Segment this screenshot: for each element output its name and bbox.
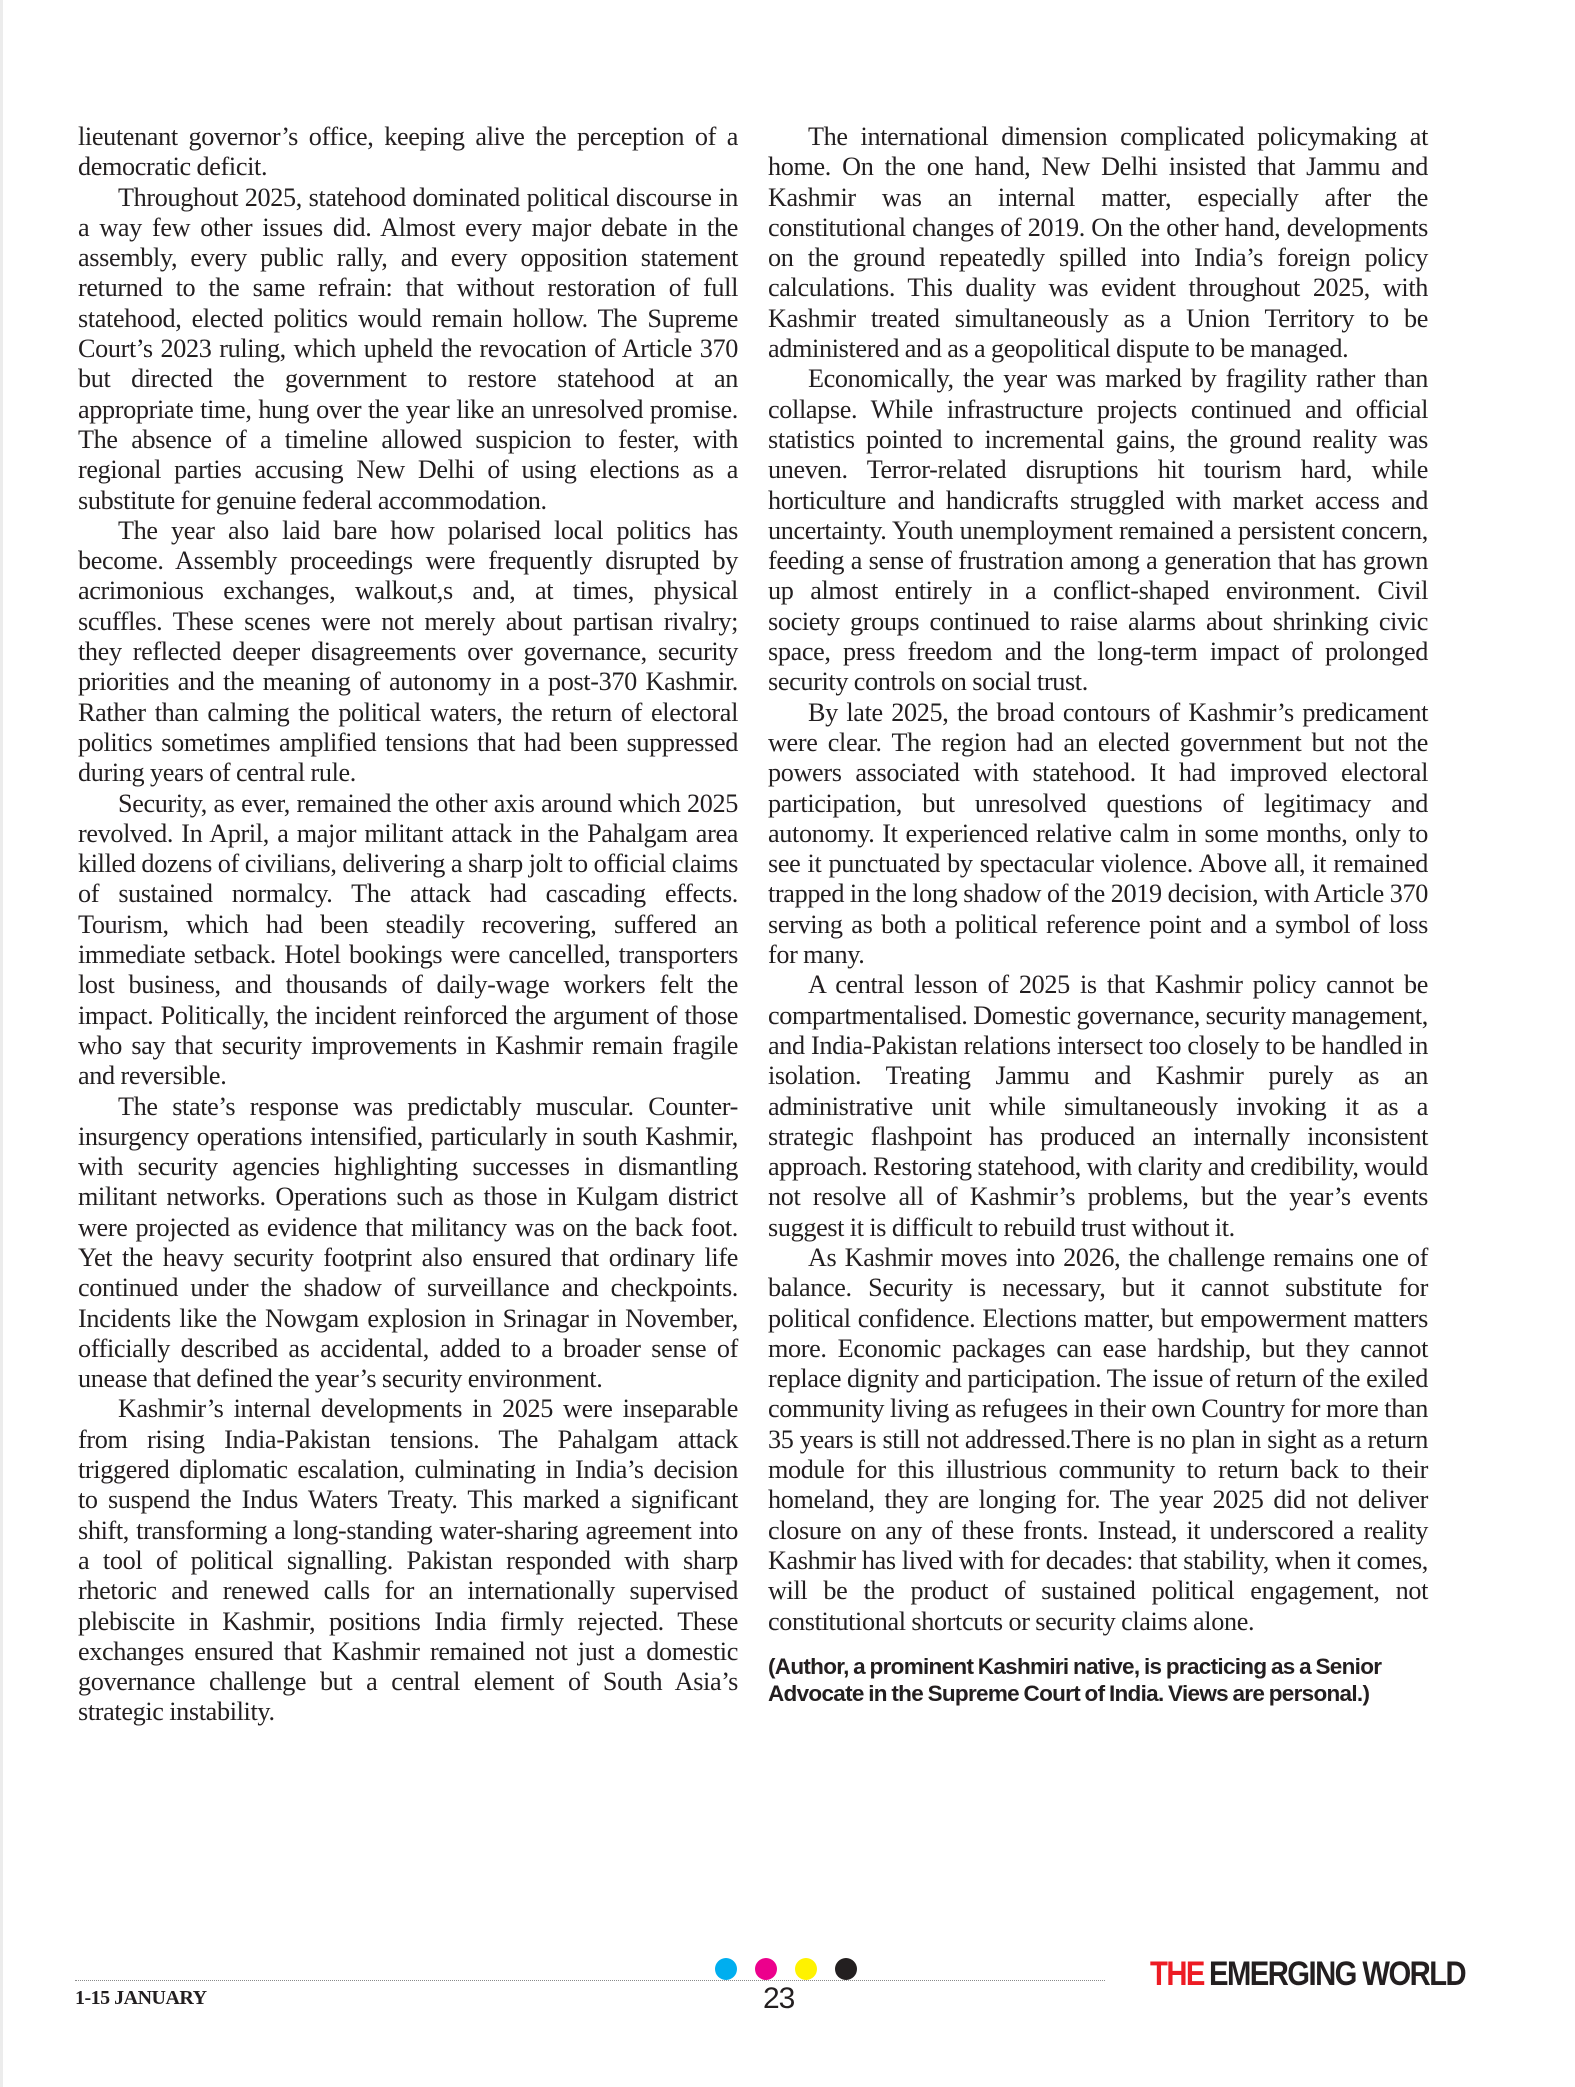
article-paragraph: As Kashmir moves into 2026, the challeng… <box>768 1243 1428 1637</box>
article-paragraph: Kashmir’s internal developments in 2025 … <box>78 1394 738 1727</box>
publication-masthead: THEEMERGING WORLD <box>1150 1955 1465 1994</box>
page-edge <box>0 0 3 2087</box>
article-paragraph: The year also laid bare how polarised lo… <box>78 516 738 789</box>
article-paragraph: Security, as ever, remained the other ax… <box>78 789 738 1092</box>
page-number: 23 <box>763 1982 794 2016</box>
issue-date: 1-15 JANUARY <box>75 1987 207 2010</box>
article-paragraph: The state’s response was predictably mus… <box>78 1092 738 1395</box>
black-registration-dot-icon <box>835 1958 857 1980</box>
article-paragraph: Throughout 2025, statehood dominated pol… <box>78 183 738 516</box>
yellow-registration-dot-icon <box>795 1958 817 1980</box>
author-note: (Author, a prominent Kashmiri native, is… <box>768 1653 1428 1707</box>
article-paragraph: A central lesson of 2025 is that Kashmir… <box>768 970 1428 1243</box>
article-paragraph: The international dimension complicated … <box>768 122 1428 364</box>
masthead-the: THE <box>1150 1955 1204 1993</box>
article-column-right: The international dimension complicated … <box>768 122 1428 1729</box>
footer-divider <box>75 1980 1105 1981</box>
article-column-left: lieutenant governor’s office, keeping al… <box>78 122 738 1728</box>
article-paragraph: Economically, the year was marked by fra… <box>768 364 1428 697</box>
article-paragraph: By late 2025, the broad contours of Kash… <box>768 698 1428 971</box>
magenta-registration-dot-icon <box>755 1958 777 1980</box>
cyan-registration-dot-icon <box>715 1958 737 1980</box>
article-paragraph: lieutenant governor’s office, keeping al… <box>78 122 738 183</box>
masthead-emerging-world: EMERGING WORLD <box>1209 1955 1465 1993</box>
registration-marks <box>715 1958 857 1980</box>
